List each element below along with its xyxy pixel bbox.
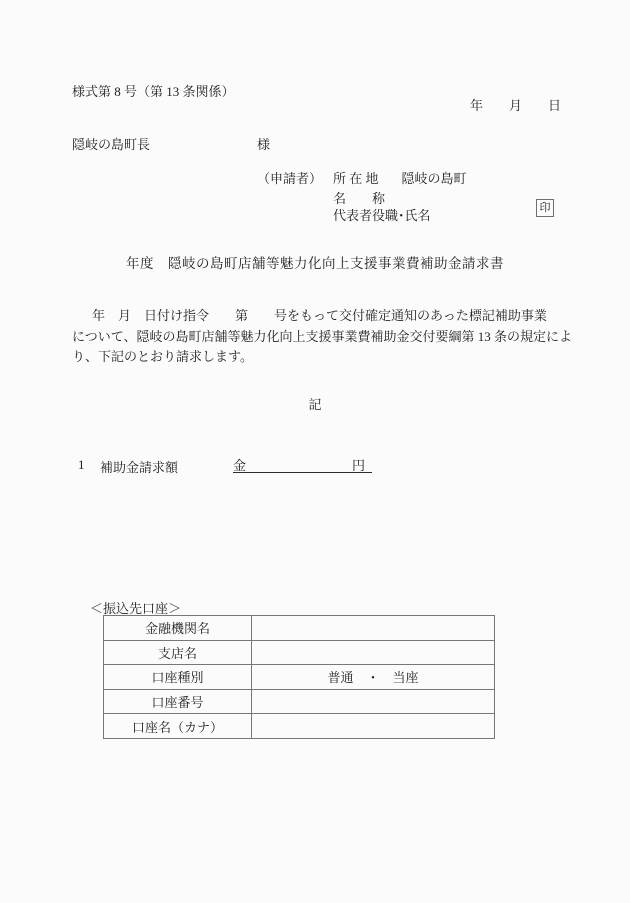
seal-mark: 印 — [540, 203, 551, 214]
body-line: について、隠岐の島町店舗等魅力化向上支援事業費補助金交付要綱第 13 条の規定に… — [72, 327, 572, 348]
bank-row-value — [252, 714, 495, 739]
claim-label: 補助金請求額 — [100, 457, 178, 476]
applicant-address-line: 所 在 地 隠岐の島町 — [333, 168, 467, 187]
table-row: 口座名（カナ） — [104, 714, 495, 739]
table-row: 金融機関名 — [104, 616, 495, 641]
currency-suffix: 円 — [352, 455, 365, 472]
addressee-name: 隠岐の島町長 — [72, 134, 150, 153]
bank-row-label: 口座種別 — [104, 665, 252, 690]
claim-amount-blank: 金 円 — [233, 455, 372, 473]
notation-ki: 記 — [0, 394, 630, 413]
body-paragraph: 年 月 日付け指令 第 号をもって交付確定通知のあった標記補助事業 について、隠… — [72, 306, 572, 368]
claim-item-number: 1 — [78, 457, 85, 473]
document-page: 様式第 8 号（第 13 条関係） 年 月 日 隠岐の島町長 様 （申請者） 所… — [0, 0, 630, 903]
bank-account-table: 金融機関名 支店名 口座種別 普通 ・ 当座 口座番号 口座名（カナ） — [103, 615, 495, 739]
bank-row-value — [252, 616, 495, 641]
bank-row-value — [252, 689, 495, 714]
applicant-label: （申請者） — [257, 168, 322, 187]
bank-row-value: 普通 ・ 当座 — [252, 665, 495, 690]
table-row: 口座番号 — [104, 689, 495, 714]
representative-label: 代表者役職･氏名 — [333, 205, 431, 224]
bank-row-label: 金融機関名 — [104, 616, 252, 641]
bank-row-value — [252, 640, 495, 665]
table-row: 支店名 — [104, 640, 495, 665]
address-label: 所 在 地 — [333, 168, 379, 187]
body-line: 年 月 日付け指令 第 号をもって交付確定通知のあった標記補助事業 — [72, 306, 572, 327]
bank-row-label: 支店名 — [104, 640, 252, 665]
address-value: 隠岐の島町 — [402, 168, 467, 187]
addressee-honorific: 様 — [257, 134, 270, 153]
bank-row-label: 口座番号 — [104, 689, 252, 714]
document-title: 年度 隠岐の島町店舗等魅力化向上支援事業費補助金請求書 — [0, 252, 630, 272]
table-row: 口座種別 普通 ・ 当座 — [104, 665, 495, 690]
currency-prefix: 金 — [233, 455, 246, 472]
body-line: り、下記のとおり請求します。 — [72, 347, 572, 368]
date-line: 年 月 日 — [470, 95, 561, 114]
form-number: 様式第 8 号（第 13 条関係） — [72, 81, 235, 100]
seal-placeholder-box: 印 — [536, 199, 554, 217]
bank-row-label: 口座名（カナ） — [104, 714, 252, 739]
